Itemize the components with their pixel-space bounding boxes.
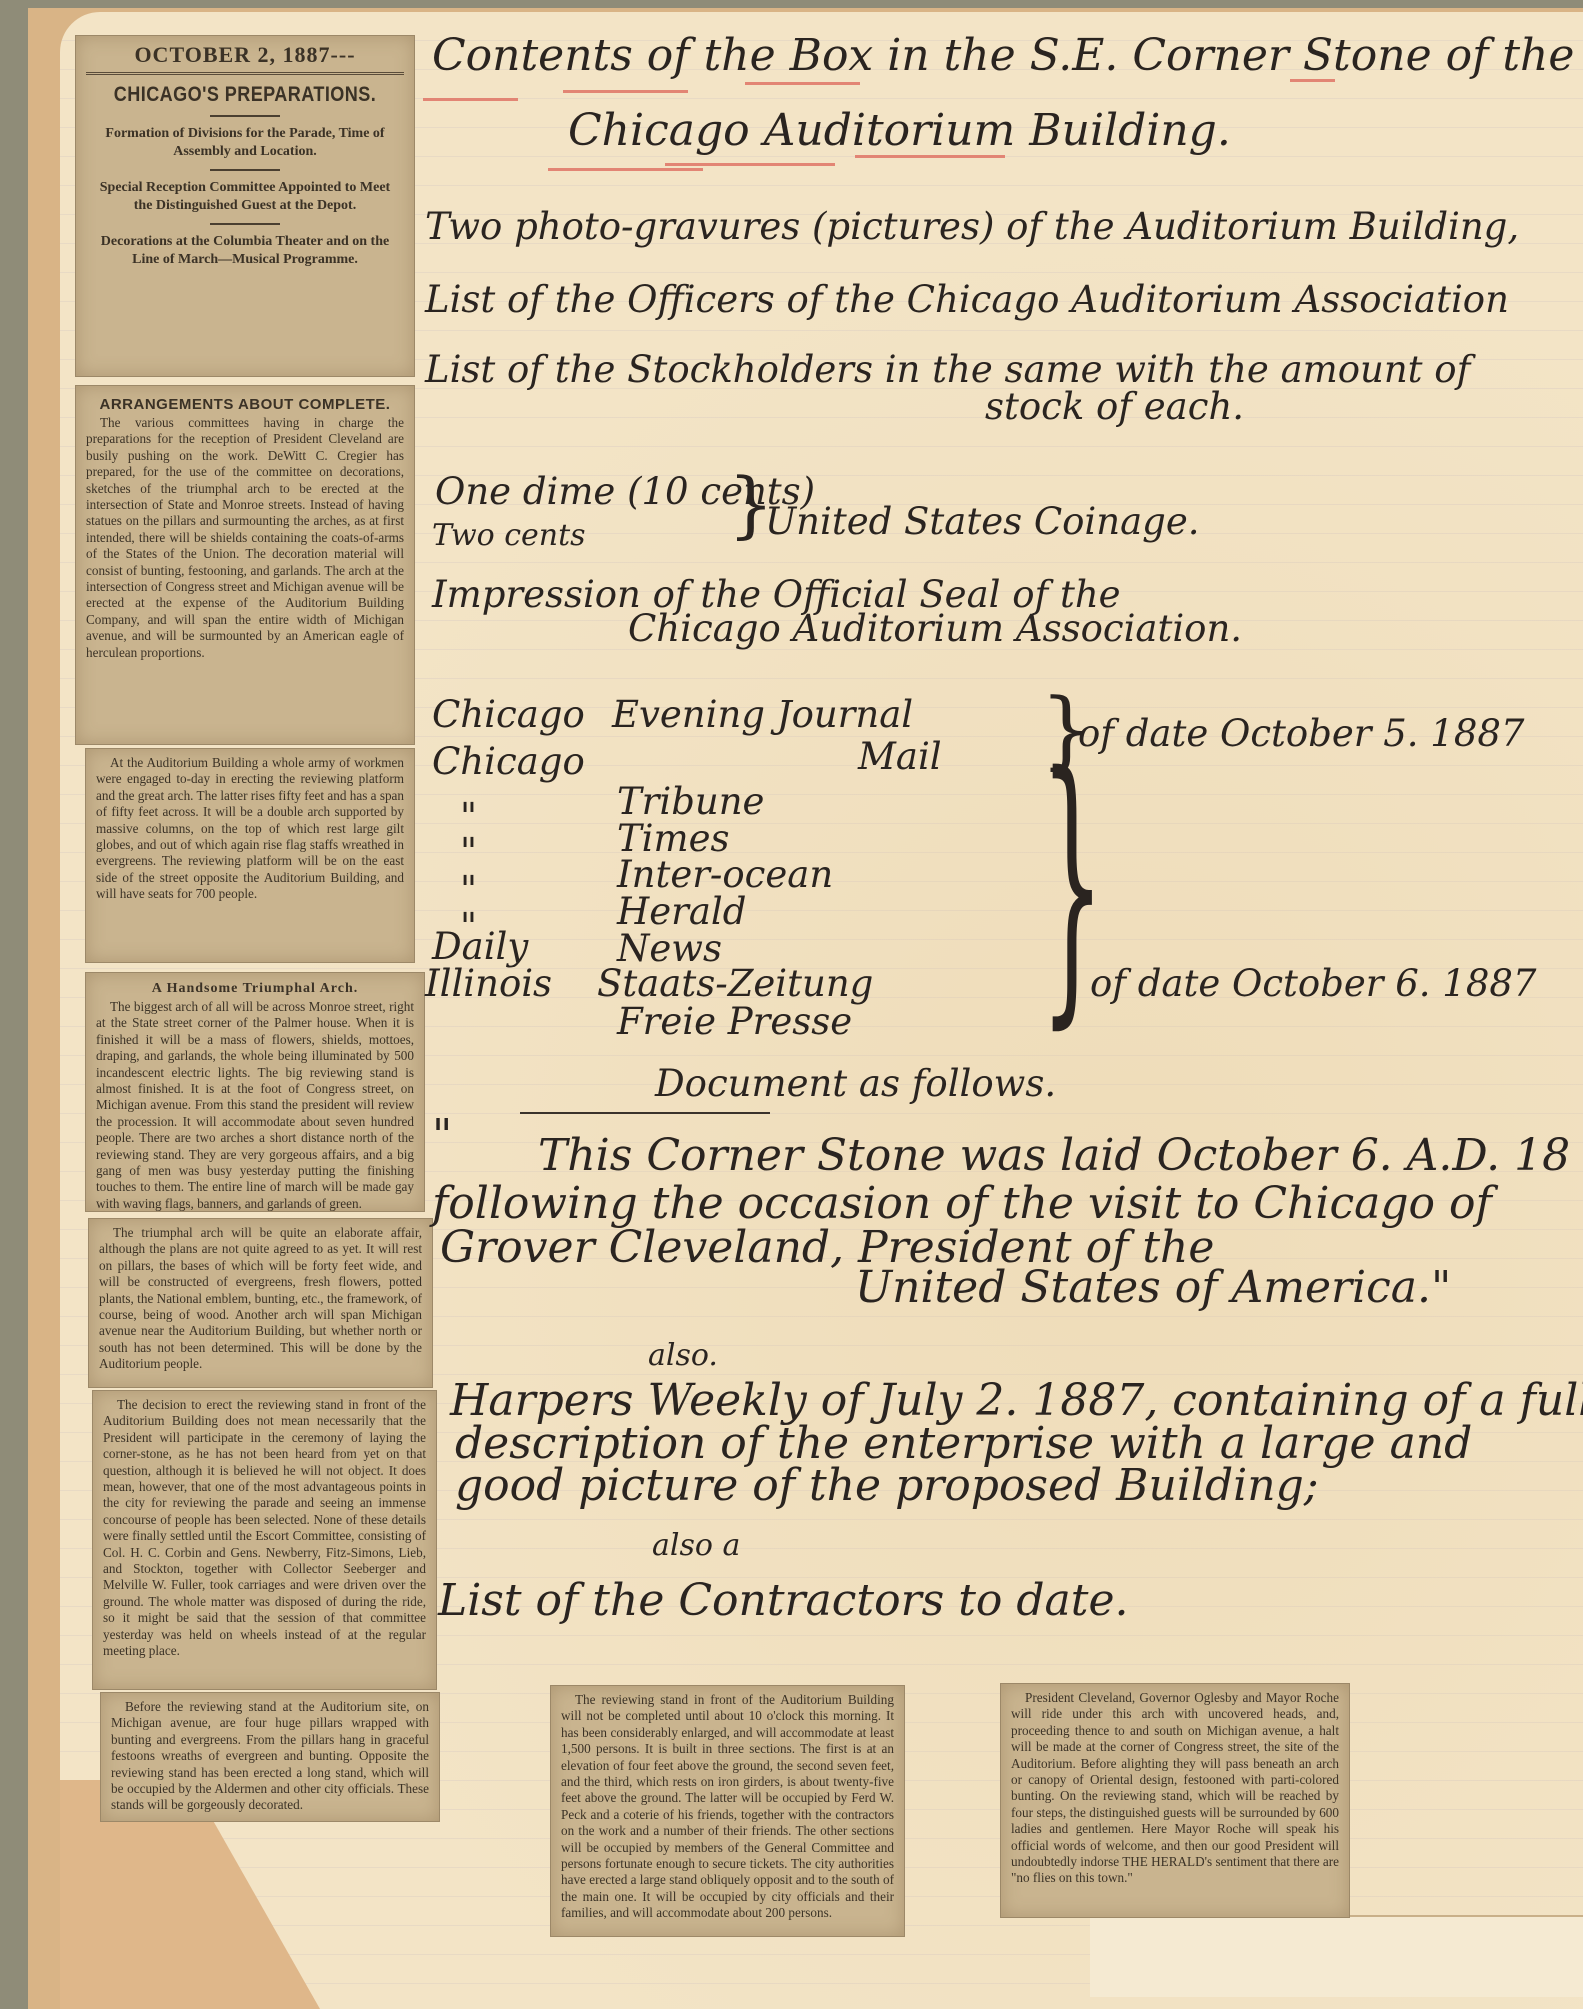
newspaper-name: Mail [858, 735, 942, 778]
article-paragraph: The reviewing stand in front of the Audi… [561, 1692, 894, 1922]
newspaper-prefix: Chicago [432, 740, 585, 783]
content-item-stockholders-continued: stock of each. [985, 385, 1244, 428]
newspaper-clipping-president-route: President Cleveland, Governor Oglesby an… [1000, 1683, 1350, 1918]
content-item-photogravures: Two photo-gravures (pictures) of the Aud… [425, 205, 1519, 248]
article-paragraph: President Cleveland, Governor Oglesby an… [1011, 1690, 1339, 1887]
newspaper-clipping-auditorium-workmen: At the Auditorium Building a whole army … [85, 748, 415, 963]
red-underline [665, 163, 835, 166]
red-underline [548, 168, 703, 171]
newspaper-clipping-triumphal-arch: A Handsome Triumphal Arch. The biggest a… [85, 972, 425, 1212]
divider [210, 223, 280, 225]
red-underline [563, 90, 688, 93]
red-underline [745, 82, 860, 85]
red-underline [855, 155, 1005, 158]
newspaper-name: Staats-Zeitung [597, 962, 873, 1005]
handwritten-title-line-1: Contents of the Box in the S.E. Corner S… [432, 30, 1574, 81]
quote-open-mark: " [432, 1110, 452, 1161]
also-a-label: also a [652, 1528, 740, 1563]
newspaper-prefix: Chicago [432, 693, 585, 736]
cornerstone-inscription-line-4: United States of America." [855, 1262, 1451, 1313]
contractors-list-item: List of the Contractors to date. [438, 1575, 1128, 1626]
clipping-deck-2: Special Reception Committee Appointed to… [98, 179, 392, 215]
clipping-deck-3: Decorations at the Columbia Theater and … [98, 233, 392, 269]
divider [210, 115, 280, 117]
newspaper-date-oct5: of date October 5. 1887 [1078, 712, 1524, 755]
document-heading: Document as follows. [655, 1062, 1056, 1105]
article-paragraph: At the Auditorium Building a whole army … [96, 755, 404, 903]
cornerstone-inscription-line-1: This Corner Stone was laid October 6. A.… [538, 1130, 1570, 1181]
newspaper-clipping-header: OCTOBER 2, 1887--- CHICAGO'S PREPARATION… [75, 35, 415, 377]
article-paragraph: The various committees having in charge … [86, 415, 404, 661]
article-paragraph: The decision to erect the reviewing stan… [103, 1397, 426, 1660]
content-item-stockholders-list: List of the Stockholders in the same wit… [425, 348, 1470, 391]
bottom-paper-strip [1090, 1915, 1583, 1997]
document-heading-underline [520, 1112, 770, 1114]
clipping-dateline: OCTOBER 2, 1887--- [86, 42, 404, 75]
section-heading: A Handsome Triumphal Arch. [96, 981, 414, 997]
also-label: also. [648, 1338, 718, 1373]
red-underline [423, 98, 518, 101]
clipping-headline: CHICAGO'S PREPARATIONS. [108, 83, 381, 107]
newspaper-date-oct6: of date October 6. 1887 [1090, 962, 1536, 1005]
red-underline [1290, 79, 1335, 82]
newspaper-name: Evening Journal [612, 693, 913, 736]
newspaper-prefix: Illinois [425, 962, 552, 1005]
clipping-deck-1: Formation of Divisions for the Parade, T… [98, 125, 392, 161]
seal-impression-line-2: Chicago Auditorium Association. [628, 607, 1242, 650]
newspaper-clipping-arrangements: ARRANGEMENTS ABOUT COMPLETE. The various… [75, 385, 415, 745]
newspaper-prefix: " [460, 830, 477, 873]
article-paragraph: The triumphal arch will be quite an elab… [99, 1225, 422, 1373]
section-heading: ARRANGEMENTS ABOUT COMPLETE. [86, 396, 404, 413]
newspaper-clipping-pillars: Before the reviewing stand at the Audito… [100, 1692, 440, 1822]
article-paragraph: Before the reviewing stand at the Audito… [111, 1699, 429, 1814]
coin-two-cents: Two cents [432, 518, 586, 553]
handwritten-title-line-2: Chicago Auditorium Building. [568, 105, 1231, 156]
coinage-label: United States Coinage. [765, 500, 1200, 543]
newspaper-clipping-reviewing-stand: The reviewing stand in front of the Audi… [550, 1685, 905, 1937]
newspaper-clipping-reviewing-stand-decision: The decision to erect the reviewing stan… [92, 1390, 437, 1690]
harpers-weekly-line-3: good picture of the proposed Building; [455, 1460, 1319, 1511]
newspaper-name: Freie Presse [617, 1000, 852, 1043]
article-paragraph: The biggest arch of all will be across M… [96, 999, 414, 1212]
content-item-officers-list: List of the Officers of the Chicago Audi… [425, 278, 1509, 321]
divider [210, 169, 280, 171]
newspaper-clipping-arch-plans: The triumphal arch will be quite an elab… [88, 1218, 433, 1388]
